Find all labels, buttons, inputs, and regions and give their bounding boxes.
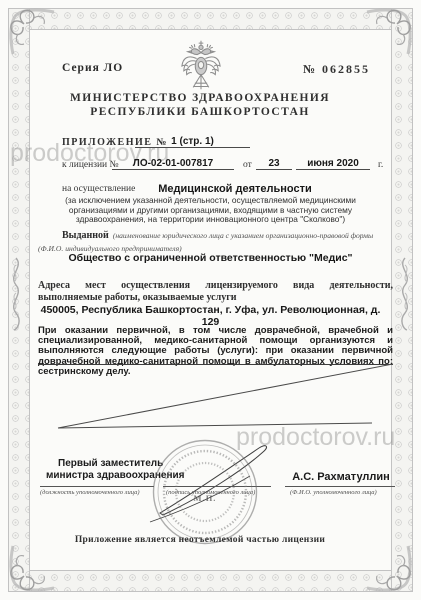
border-bottom [8,570,413,592]
border-corner-ornament-icon [4,542,58,596]
ministry-line2: РЕСПУБЛИКИ БАШКОРТОСТАН [0,106,400,120]
ministry-line1: МИНИСТЕРСТВО ЗДРАВООХРАНЕНИЯ [0,92,400,106]
signer-name: А.С. Рахматуллин [285,471,397,483]
footer-note: Приложение является неотъемлемой частью … [0,535,400,545]
border-corner-ornament-icon [363,542,417,596]
position-signature-line [40,486,154,487]
name-signature-line [285,486,395,487]
border-scroll-ornament-icon [394,255,416,333]
series-label: Серия ЛО [62,62,123,74]
signer-position-line1: Первый заместитель [58,458,163,469]
border-top [8,8,413,30]
border-corner-ornament-icon [4,4,58,58]
document-serial-number: № 062855 [303,62,370,77]
ministry-title: МИНИСТЕРСТВО ЗДРАВООХРАНЕНИЯ РЕСПУБЛИКИ … [0,92,400,119]
round-seal-icon [150,437,260,547]
organization-name: Общество с ограниченной ответственностью… [40,252,381,264]
name-caption: (Ф.И.О. уполномоченного лица) [290,489,377,496]
border-corner-ornament-icon [363,4,417,58]
license-appendix-document: prodoctorov.ru prodoctorov.ru Серия ЛО №… [0,0,421,600]
license-label: к лицензии № [62,160,119,170]
year-suffix-label: г. [378,160,383,170]
license-month-year-value: июня 2020 [296,158,370,170]
addresses-label: Адреса мест осуществления лицензируемого… [38,280,393,305]
double-headed-eagle-icon [180,38,222,94]
license-number-value: ЛО-02-01-007817 [112,158,234,170]
appendix-number-value: 1 (стр. 1) [135,136,250,148]
works-paragraph: При оказании первичной, в том числе довр… [38,326,393,377]
license-day-value: 23 [256,158,292,170]
activity-note: (за исключением указанной деятельности, … [42,196,379,225]
position-caption: (должность уполномоченного лица) [40,489,140,496]
border-scroll-ornament-icon [5,255,27,333]
purpose-label: на осуществление [62,184,135,194]
stamp-center-text: М.П. [150,493,260,503]
issued-block: Выданной (наименование юридического лица… [38,228,391,254]
from-label: от [243,160,252,170]
official-round-stamp: М.П. [150,437,260,547]
activity-title: Медицинской деятельности [150,183,320,195]
works-underline [38,364,393,365]
strike-line-bottom [58,423,372,428]
issued-label: Выданной [62,230,109,241]
